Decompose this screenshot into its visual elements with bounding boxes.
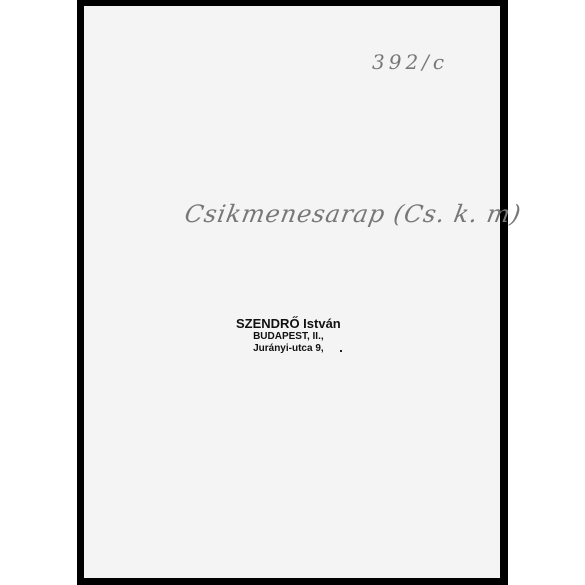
stamp-city: BUDAPEST, II.,	[236, 331, 341, 343]
handwritten-caption: Csikmenesarap (Cs. k. m)	[183, 200, 524, 228]
ink-dot	[340, 350, 342, 352]
handwritten-reference-number: 392/c	[372, 50, 448, 74]
stamp-street: Jurányi-utca 9,	[236, 343, 341, 355]
photo-back-paper	[84, 6, 500, 578]
photographer-stamp: SZENDRŐ István BUDAPEST, II., Jurányi-ut…	[236, 316, 341, 355]
stamp-name: SZENDRŐ István	[236, 316, 341, 331]
